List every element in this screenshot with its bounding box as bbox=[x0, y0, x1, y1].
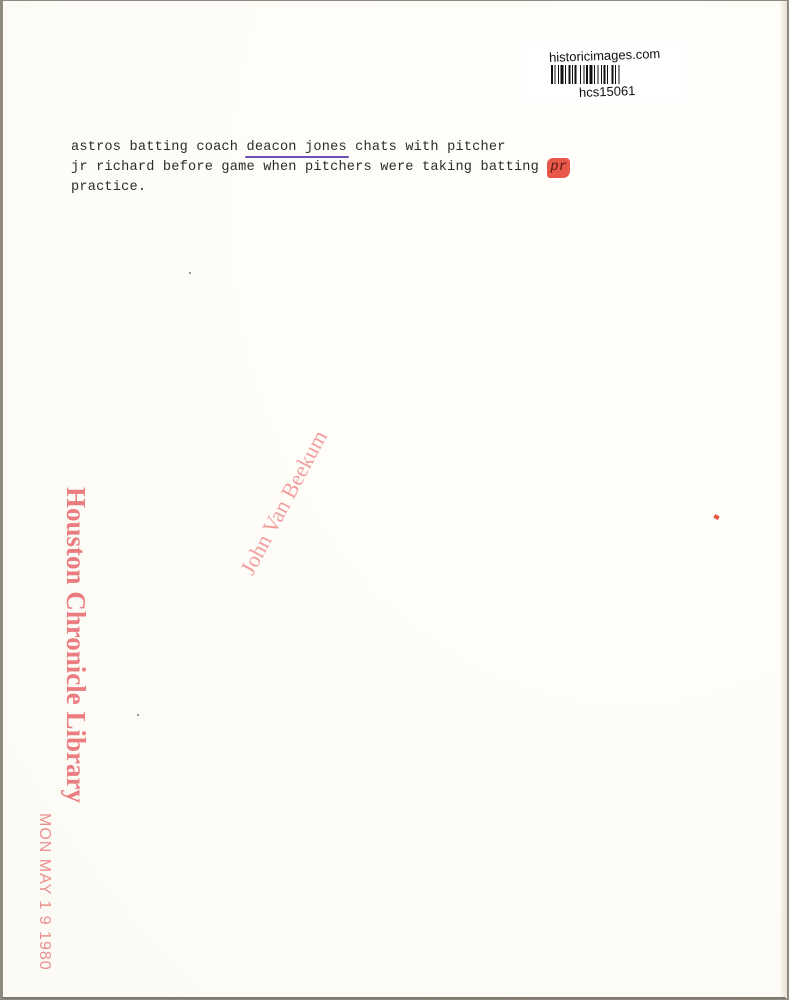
photographer-stamp: John Van Beekum bbox=[235, 426, 333, 579]
barcode-icon bbox=[551, 65, 667, 84]
photo-back-page: historicimages.com hcs15061 astros batti… bbox=[3, 1, 787, 999]
red-correction-mark: pr bbox=[547, 158, 570, 178]
caption-text: astros batting coach deacon jones chats … bbox=[71, 138, 570, 198]
caption-line1-start: astros batting coach bbox=[71, 140, 247, 155]
caption-line2: jr richard before game when pitchers wer… bbox=[71, 160, 547, 175]
watermark-label: historicimages.com hcs15061 bbox=[521, 41, 686, 103]
caption-underlined-name: deacon jones bbox=[247, 140, 347, 155]
paper-speck bbox=[137, 714, 139, 716]
date-stamp: MON MAY 1 9 1980 bbox=[35, 813, 53, 971]
caption-line3: practice. bbox=[71, 180, 146, 195]
watermark-id: hcs15061 bbox=[579, 83, 636, 100]
red-ink-mark bbox=[713, 514, 719, 520]
page-edge bbox=[780, 1, 785, 997]
paper-speck bbox=[189, 272, 191, 274]
caption-line1-end: chats with pitcher bbox=[347, 140, 506, 155]
archive-stamp: Houston Chronicle Library bbox=[60, 487, 91, 803]
watermark-site: historicimages.com bbox=[549, 46, 661, 65]
